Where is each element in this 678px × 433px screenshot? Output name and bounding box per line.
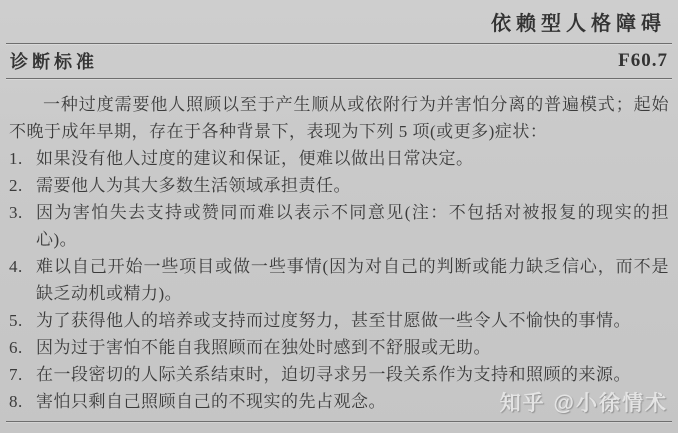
criteria-item: 3.因为害怕失去支持或赞同而难以表示不同意见(注：不包括对被报复的现实的担心)。 (9, 199, 669, 253)
item-number: 6. (9, 334, 23, 361)
item-text: 为了获得他人的培养或支持而过度努力，甚至甘愿做一些令人不愉快的事情。 (36, 311, 631, 330)
item-number: 3. (9, 199, 23, 226)
intro-paragraph: 一种过度需要他人照顾以至于产生顺从或依附行为并害怕分离的普遍模式；起始不晚于成年… (9, 91, 669, 145)
document-page: 依赖型人格障碍 诊断标准 F60.7 一种过度需要他人照顾以至于产生顺从或依附行… (0, 0, 678, 433)
item-number: 1. (9, 145, 23, 172)
document-body: 一种过度需要他人照顾以至于产生顺从或依附行为并害怕分离的普遍模式；起始不晚于成年… (0, 79, 678, 415)
diagnosis-code: F60.7 (618, 50, 668, 72)
item-number: 2. (9, 172, 23, 199)
item-number: 7. (9, 361, 23, 388)
footer-divider (6, 421, 672, 422)
item-number: 5. (9, 307, 23, 334)
item-number: 8. (9, 388, 23, 415)
criteria-item: 4.难以自己开始一些项目或做一些事情(因为对自己的判断或能力缺乏信心，而不是缺乏… (9, 253, 669, 307)
page-title: 依赖型人格障碍 (0, 0, 678, 37)
criteria-item: 7.在一段密切的人际关系结束时，迫切寻求另一段关系作为支持和照顾的来源。 (9, 361, 669, 388)
section-header: 诊断标准 F60.7 (0, 44, 678, 78)
criteria-item: 2.需要他人为其大多数生活领域承担责任。 (9, 172, 669, 199)
item-text: 因为害怕失去支持或赞同而难以表示不同意见(注：不包括对被报复的现实的担心)。 (36, 203, 669, 249)
criteria-list: 1.如果没有他人过度的建议和保证，便难以做出日常决定。2.需要他人为其大多数生活… (9, 145, 669, 415)
watermark: 知乎 @小徐情术 (500, 387, 668, 417)
criteria-item: 5.为了获得他人的培养或支持而过度努力，甚至甘愿做一些令人不愉快的事情。 (9, 307, 669, 334)
item-number: 4. (9, 253, 23, 280)
section-label: 诊断标准 (10, 48, 98, 74)
item-text: 害怕只剩自己照顾自己的不现实的先占观念。 (36, 392, 386, 411)
item-text: 需要他人为其大多数生活领域承担责任。 (36, 176, 351, 195)
criteria-item: 1.如果没有他人过度的建议和保证，便难以做出日常决定。 (9, 145, 669, 172)
item-text: 难以自己开始一些项目或做一些事情(因为对自己的判断或能力缺乏信心，而不是缺乏动机… (36, 257, 669, 303)
item-text: 在一段密切的人际关系结束时，迫切寻求另一段关系作为支持和照顾的来源。 (36, 365, 631, 384)
item-text: 因为过于害怕不能自我照顾而在独处时感到不舒服或无助。 (36, 338, 491, 357)
criteria-item: 6.因为过于害怕不能自我照顾而在独处时感到不舒服或无助。 (9, 334, 669, 361)
item-text: 如果没有他人过度的建议和保证，便难以做出日常决定。 (36, 149, 474, 168)
